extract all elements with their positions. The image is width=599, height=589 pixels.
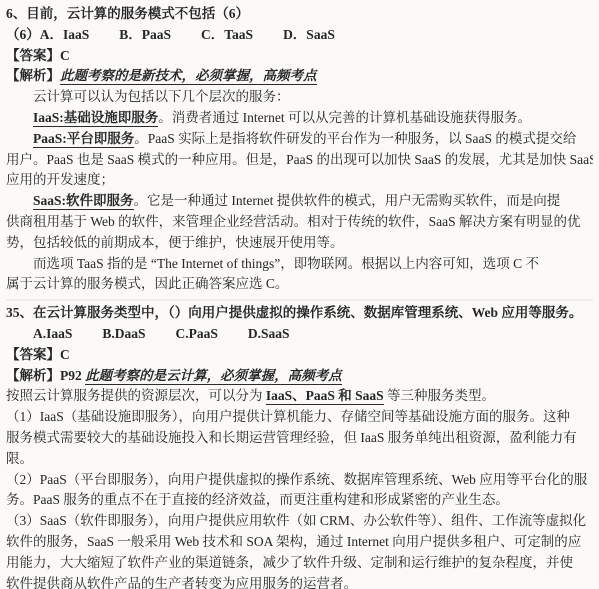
body-text: 。消费者通过 Internet 可以从完善的计算机基础设施获得服务。 — [158, 110, 531, 125]
body-text: 软件提供商从软件产品的生产者转变为应用服务的运营者。 — [6, 576, 357, 589]
saas-item-line-3: 用能力，大大缩短了软件产业的渠道链条，减少了软件升级、定制和运行维护的复杂程度，… — [6, 553, 593, 574]
iaas-item-line-3: 限。 — [6, 449, 593, 470]
body-text: 而选项 TaaS 指的是 “The Internet of things”，即物… — [33, 256, 539, 271]
iaas-item-line-2: 服务模式需要较大的基础设施投入和长期运营管理经验，但 IaaS 服务单纯出租资源… — [6, 428, 593, 449]
option-label: C.PaaS — [176, 326, 218, 341]
body-text: 服务模式需要较大的基础设施投入和长期运营管理经验，但 IaaS 服务单纯出租资源… — [6, 430, 577, 445]
question-text: 6、目前，云计算的服务模式不包括（6） — [6, 6, 249, 21]
body-text: 等三种服务类型。 — [384, 388, 495, 403]
saas-definition-line-3: 势，包括较低的前期成本，便于维护，快速展开使用等。 — [6, 233, 593, 254]
body-text: 势，包括较低的前期成本，便于维护，快速展开使用等。 — [6, 235, 344, 250]
question-text: 35、在云计算服务类型中，（）向用户提供虚拟的操作系统、数据库管理系统、Web … — [6, 305, 582, 320]
saas-item-line-2: 软件的服务，SaaS 一般采用 Web 技术和 SOA 架构，通过 Intern… — [6, 532, 593, 553]
iaas-definition-line: IaaS:基础设施即服务。消费者通过 Internet 可以从完善的计算机基础设… — [6, 108, 593, 129]
question-35-options: A.IaaSB.DaaSC.PaaSD.SaaS — [6, 324, 593, 345]
body-text: 云计算可以认为包括以下几个层次的服务： — [33, 89, 290, 104]
paas-definition-line-3: 应用的开发速度； — [6, 170, 593, 191]
saas-item-line: （3）SaaS（软件即服务），向用户提供应用软件（如 CRM、办公软件等）、组件… — [6, 511, 593, 532]
label-bold: 【解析】P92 — [6, 368, 85, 383]
exam-document-page: 6、目前，云计算的服务模式不包括（6）（6）A．IaaSB．PaaSC．TaaS… — [0, 0, 599, 589]
underlined-term: PaaS:平台即服务 — [33, 131, 134, 148]
body-text: （1）IaaS（基础设施即服务），向用户提供计算机能力、存储空间等基础设施方面的… — [6, 409, 570, 424]
body-text: 应用的开发速度； — [6, 172, 114, 187]
label-bold: 【答案】C — [6, 347, 70, 362]
question-35-title: 35、在云计算服务类型中，（）向用户提供虚拟的操作系统、数据库管理系统、Web … — [6, 303, 593, 324]
saas-item-line-4: 软件提供商从软件产品的生产者转变为应用服务的运营者。 — [6, 574, 593, 589]
question-6-options: （6）A．IaaSB．PaaSC．TaaSD．SaaS — [6, 25, 593, 46]
question-6-analysis-heading: 【解析】此题考察的是新技术，必须掌握，高频考点 — [6, 66, 593, 87]
question-6-title: 6、目前，云计算的服务模式不包括（6） — [6, 4, 593, 25]
saas-definition-line-2: 供商租用基于 Web 的软件，来管理企业经营活动。相对于传统的软件，SaaS 解… — [6, 212, 593, 233]
underlined-term: IaaS:基础设施即服务 — [33, 110, 158, 127]
body-text: （2）PaaS（平台即服务），向用户提供虚拟的操作系统、数据库管理系统、Web … — [6, 472, 587, 487]
analysis-emphasis: 此题考察的是新技术，必须掌握，高频考点 — [60, 68, 317, 85]
body-text: 软件的服务，SaaS 一般采用 Web 技术和 SOA 架构，通过 Intern… — [6, 534, 581, 549]
paas-definition-line: PaaS:平台即服务。PaaS 实际上是指将软件研发的平台作为一种服务，以 Sa… — [6, 129, 593, 150]
question-6-section: 6、目前，云计算的服务模式不包括（6）（6）A．IaaSB．PaaSC．TaaS… — [6, 4, 593, 295]
question-6-answer: 【答案】C — [6, 46, 593, 67]
underlined-term: IaaS、PaaS 和 SaaS — [266, 388, 384, 405]
body-text: 属于云计算的服务模式，因此正确答案应选 C。 — [6, 276, 288, 291]
resource-levels-line: 按照云计算服务提供的资源层次，可以分为 IaaS、PaaS 和 SaaS 等三种… — [6, 386, 593, 407]
paas-item-line-2: 务。PaaS 服务的重点不在于直接的经济效益，而更注重构建和形成紧密的产业生态。 — [6, 490, 593, 511]
paas-item-line: （2）PaaS（平台即服务），向用户提供虚拟的操作系统、数据库管理系统、Web … — [6, 470, 593, 491]
body-text: 用能力，大大缩短了软件产业的渠道链条，减少了软件升级、定制和运行维护的复杂程度，… — [6, 555, 573, 570]
document-body: 6、目前，云计算的服务模式不包括（6）（6）A．IaaSB．PaaSC．TaaS… — [6, 4, 593, 589]
iaas-item-line: （1）IaaS（基础设施即服务），向用户提供计算机能力、存储空间等基础设施方面的… — [6, 407, 593, 428]
underlined-term: SaaS:软件即服务 — [33, 193, 134, 210]
body-text: 限。 — [6, 451, 33, 466]
option-label: D.SaaS — [248, 326, 290, 341]
body-text: （3）SaaS（软件即服务），向用户提供应用软件（如 CRM、办公软件等）、组件… — [6, 513, 586, 528]
label-bold: 【解析】 — [6, 68, 60, 83]
body-text: 务。PaaS 服务的重点不在于直接的经济效益，而更注重构建和形成紧密的产业生态。 — [6, 492, 509, 507]
question-35-analysis-heading: 【解析】P92 此题考察的是云计算，必须掌握，高频考点 — [6, 366, 593, 387]
body-text: 按照云计算服务提供的资源层次，可以分为 — [6, 388, 266, 403]
option-label: A.IaaS — [33, 326, 72, 341]
option-label: D．SaaS — [283, 27, 335, 42]
analysis-emphasis: 此题考察的是云计算，必须掌握，高频考点 — [85, 368, 342, 385]
body-text: 。PaaS 实际上是指将软件研发的平台作为一种服务，以 SaaS 的模式提交给 — [134, 131, 576, 146]
option-label: B．PaaS — [119, 27, 171, 42]
saas-definition-line: SaaS:软件即服务。它是一种通过 Internet 提供软件的模式，用户无需购… — [6, 191, 593, 212]
analysis-intro-line: 云计算可以认为包括以下几个层次的服务： — [6, 87, 593, 108]
question-35-section: 35、在云计算服务类型中，（）向用户提供虚拟的操作系统、数据库管理系统、Web … — [6, 299, 593, 589]
option-label: B.DaaS — [102, 326, 145, 341]
body-text: 供商租用基于 Web 的软件，来管理企业经营活动。相对于传统的软件，SaaS 解… — [6, 214, 581, 229]
paas-definition-line-2: 用户。PaaS 也是 SaaS 模式的一种应用。但是，PaaS 的出现可以加快 … — [6, 150, 593, 171]
taas-conclusion-line-2: 属于云计算的服务模式，因此正确答案应选 C。 — [6, 274, 593, 295]
body-text: 用户。PaaS 也是 SaaS 模式的一种应用。但是，PaaS 的出现可以加快 … — [6, 152, 593, 167]
option-label: （6）A．IaaS — [6, 27, 89, 42]
body-text: 。它是一种通过 Internet 提供软件的模式，用户无需购买软件，而是向提 — [134, 193, 561, 208]
label-bold: 【答案】C — [6, 48, 70, 63]
taas-conclusion-line: 而选项 TaaS 指的是 “The Internet of things”，即物… — [6, 254, 593, 275]
question-35-answer: 【答案】C — [6, 345, 593, 366]
option-label: C．TaaS — [201, 27, 253, 42]
